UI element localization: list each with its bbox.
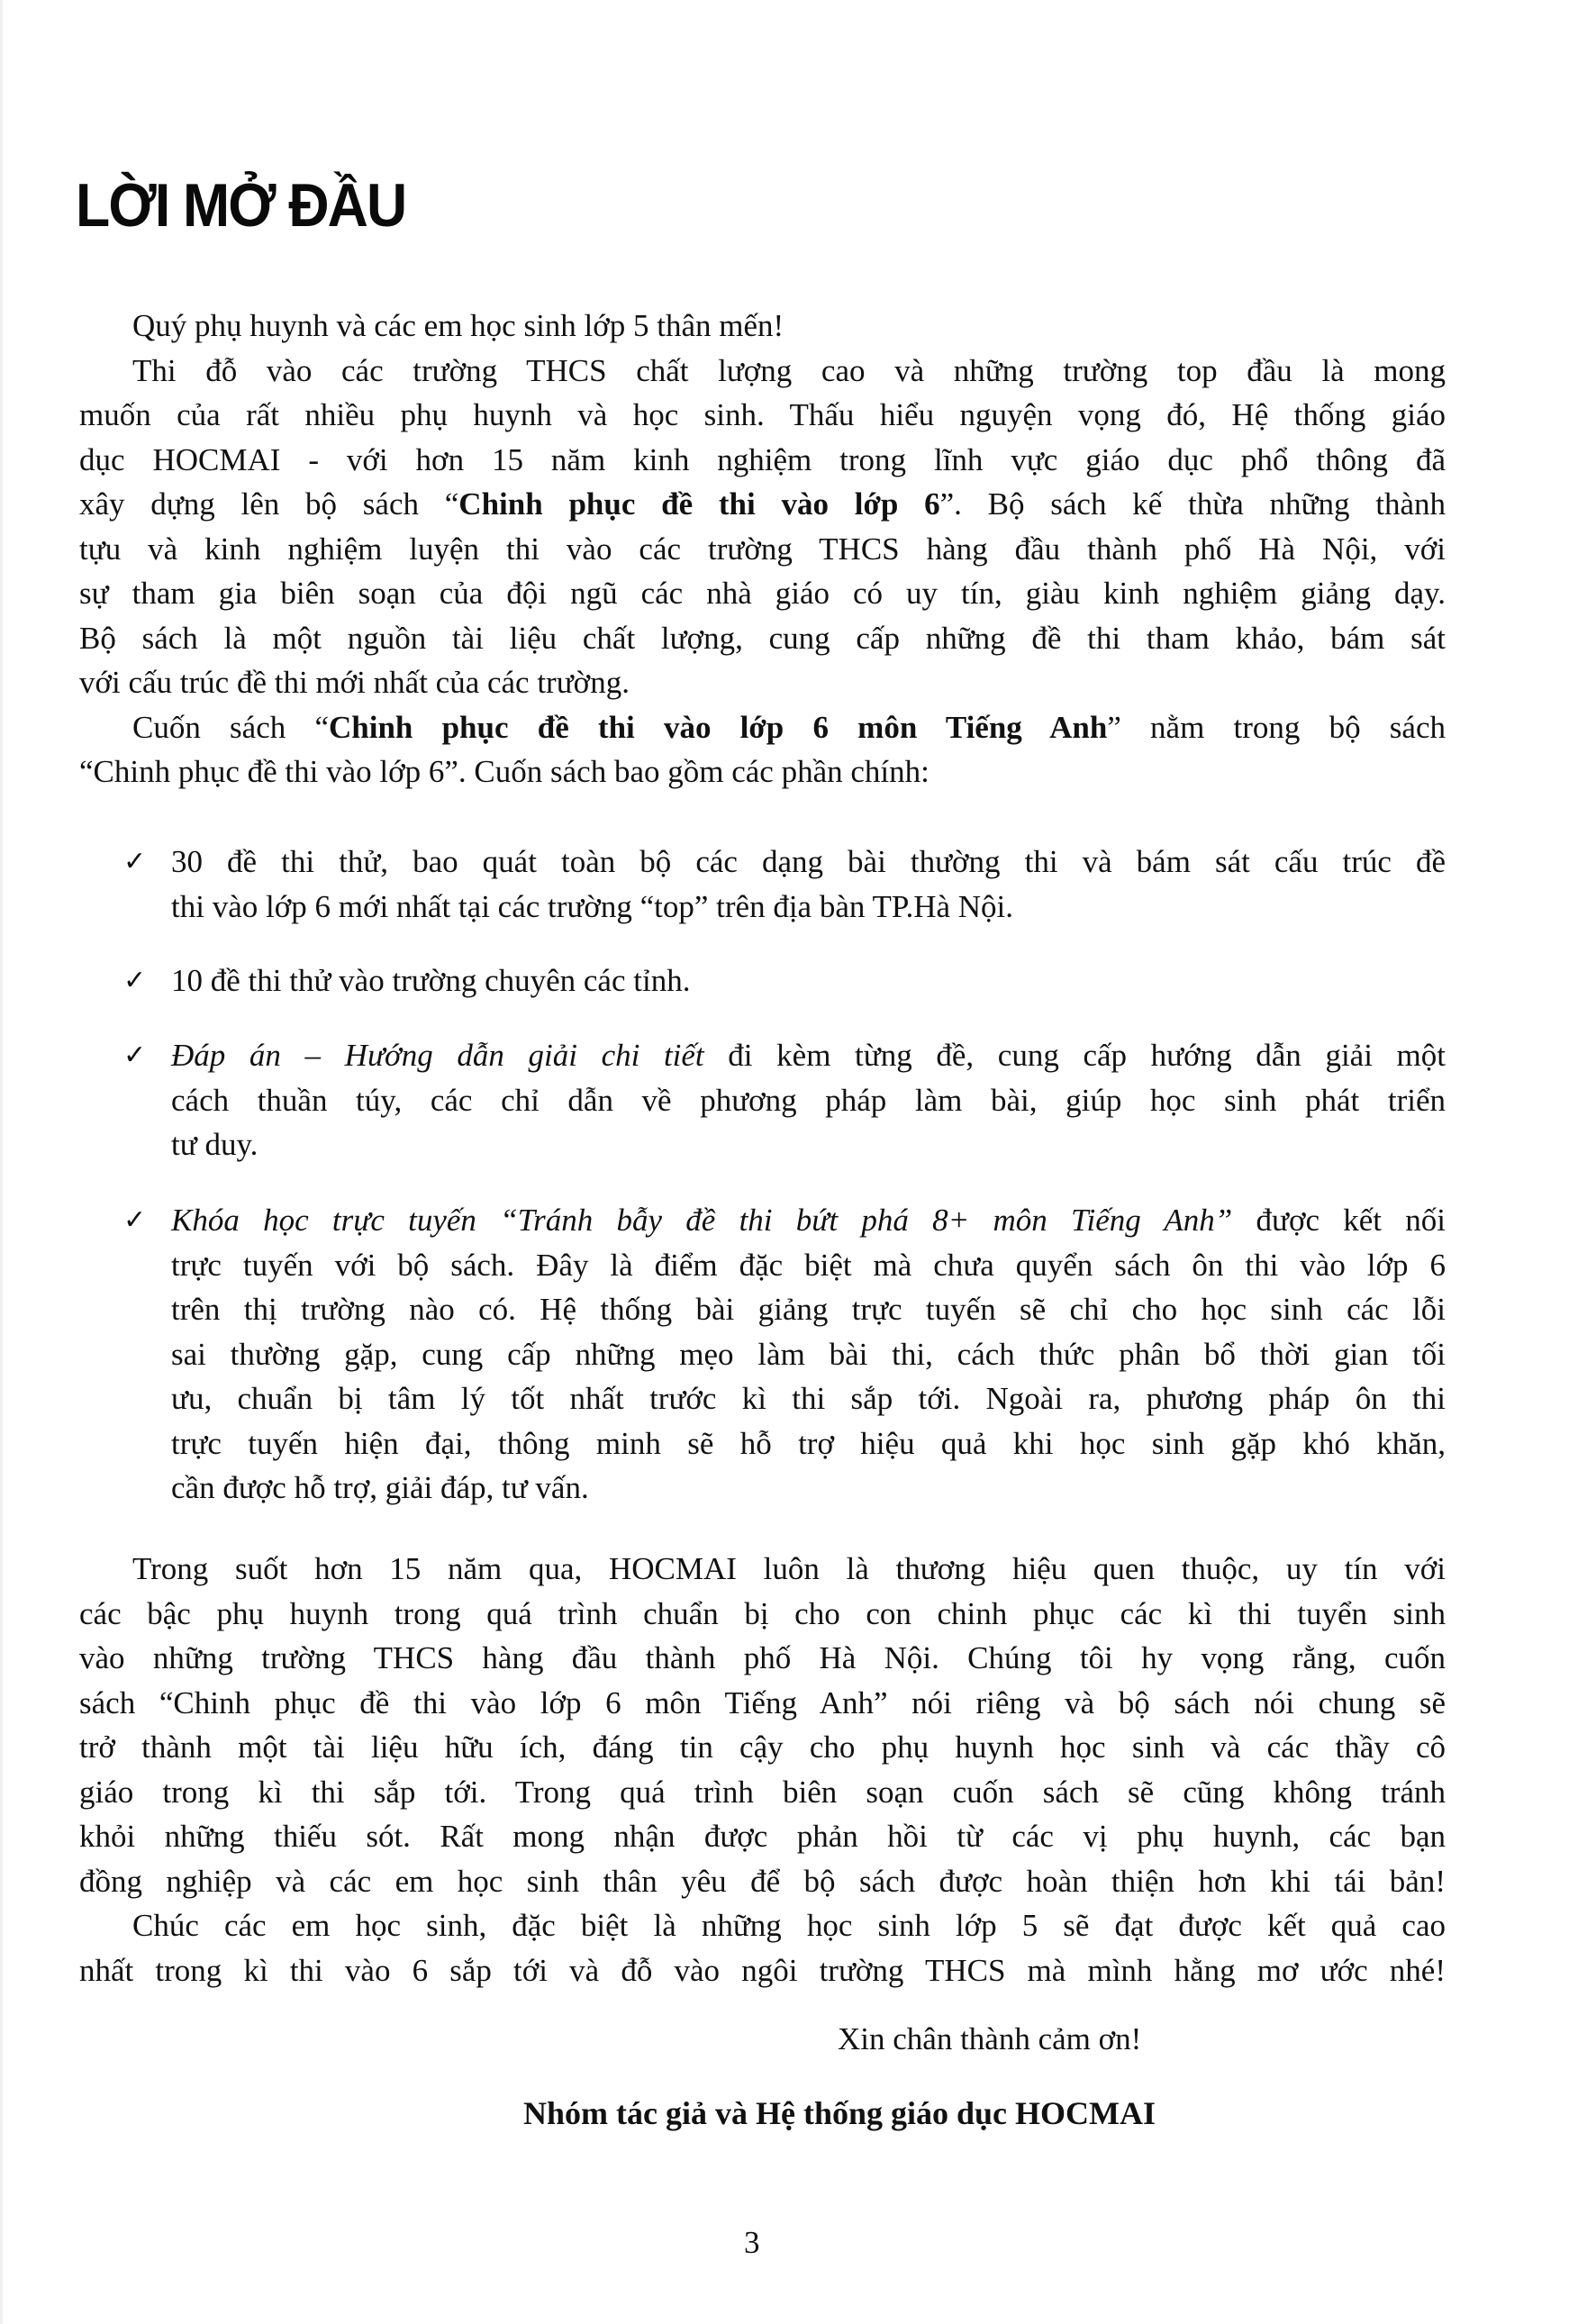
line-text: sự tham gia biên soạn của đội ngũ các nh… <box>79 576 1446 611</box>
line-text: đồng nghiệp và các em học sinh thân yêu … <box>79 1864 1446 1899</box>
line-text: tựu và kinh nghiệm luyện thi vào các trư… <box>79 531 1446 567</box>
text-line: Trong suốt hơn 15 năm qua, HOCMAI luôn l… <box>79 1547 1446 1592</box>
checkmark-icon: ✓ <box>123 1033 150 1078</box>
line-text: muốn của rất nhiều phụ huynh và học sinh… <box>79 397 1446 432</box>
text-line: sách “Chinh phục đề thi vào lớp 6 môn Ti… <box>79 1681 1446 1726</box>
line-text: khỏi những thiếu sót. Rất mong nhận được… <box>79 1819 1446 1854</box>
line-text: đi kèm từng đề, cung cấp hướng dẫn giải … <box>704 1038 1446 1073</box>
line-text: trực tuyến với bộ sách. Đây là điểm đặc … <box>171 1248 1446 1283</box>
text-line: cần được hỗ trợ, giải đáp, tư vấn. <box>171 1466 1446 1511</box>
line-text: nhất trong kì thi vào 6 sắp tới và đỗ và… <box>79 1953 1446 1988</box>
line-text: tư duy. <box>171 1127 258 1162</box>
line-text: vào những trường THCS hàng đầu thành phố… <box>79 1640 1446 1675</box>
line-text: Bộ sách là một nguồn tài liệu chất lượng… <box>79 621 1446 656</box>
list-item: ✓Đáp án – Hướng dẫn giải chi tiết đi kèm… <box>123 1033 1446 1167</box>
page-number: 3 <box>744 2220 760 2265</box>
document-page: LỜI MỞ ĐẦU Quý phụ huynh và các em học s… <box>0 0 1578 2324</box>
text-line: muốn của rất nhiều phụ huynh và học sinh… <box>79 393 1446 438</box>
line-text: cách thuần túy, các chỉ dẫn về phương ph… <box>171 1083 1446 1118</box>
text-line: các bậc phụ huynh trong quá trình chuẩn … <box>79 1592 1446 1637</box>
line-text: ” nằm trong bộ sách <box>1107 710 1446 745</box>
line-text: 10 đề thi thử vào trường chuyên các tỉnh… <box>171 963 690 998</box>
text-line: Quý phụ huynh và các em học sinh lớp 5 t… <box>79 304 1446 349</box>
signature: Nhóm tác giả và Hệ thống giáo dục HOCMAI <box>523 2092 1156 2137</box>
line-text: “Chinh phục đề thi vào lớp 6”. Cuốn sách… <box>79 754 930 789</box>
list-item: ✓30 đề thi thử, bao quát toàn bộ các dạn… <box>123 840 1446 929</box>
page-title: LỜI MỞ ĐẦU <box>76 169 405 241</box>
checkmark-icon: ✓ <box>123 840 150 885</box>
text-line: 10 đề thi thử vào trường chuyên các tỉnh… <box>171 958 1446 1003</box>
line-text: ”. Bộ sách kế thừa những thành <box>940 486 1446 522</box>
line-text: Cuốn sách “ <box>132 710 329 745</box>
text-line: trên thị trường nào có. Hệ thống bài giả… <box>171 1287 1446 1332</box>
text-line: xây dựng lên bộ sách “Chinh phục đề thi … <box>79 482 1446 527</box>
list-item: ✓10 đề thi thử vào trường chuyên các tỉn… <box>123 958 1446 1003</box>
text-line: trực tuyến hiện đại, thông minh sẽ hỗ tr… <box>171 1421 1446 1466</box>
line-text: ưu, chuẩn bị tâm lý tốt nhất trước kì th… <box>171 1381 1446 1416</box>
italic-text: Khóa học trực tuyến “Tránh bẫy đề thi bứ… <box>171 1203 1232 1238</box>
line-text: được kết nối <box>1232 1203 1446 1238</box>
bold-title-text: Chinh phục đề thi vào lớp 6 <box>458 486 939 522</box>
intro-paragraphs: Quý phụ huynh và các em học sinh lớp 5 t… <box>79 304 1446 794</box>
text-line: ưu, chuẩn bị tâm lý tốt nhất trước kì th… <box>171 1376 1446 1421</box>
line-text: dục HOCMAI - với hơn 15 năm kinh nghiệm … <box>79 442 1446 477</box>
line-text: trực tuyến hiện đại, thông minh sẽ hỗ tr… <box>171 1426 1446 1461</box>
text-line: “Chinh phục đề thi vào lớp 6”. Cuốn sách… <box>79 749 1446 794</box>
line-text: Quý phụ huynh và các em học sinh lớp 5 t… <box>132 308 784 343</box>
list-item-text: 30 đề thi thử, bao quát toàn bộ các dạng… <box>171 840 1446 929</box>
line-text: Chúc các em học sinh, đặc biệt là những … <box>132 1908 1446 1943</box>
bold-title-text: Chinh phục đề thi vào lớp 6 môn Tiếng An… <box>329 710 1107 745</box>
text-line: tựu và kinh nghiệm luyện thi vào các trư… <box>79 527 1446 572</box>
line-text: Thi đỗ vào các trường THCS chất lượng ca… <box>132 353 1446 388</box>
text-line: Bộ sách là một nguồn tài liệu chất lượng… <box>79 616 1446 661</box>
line-text: với cấu trúc đề thi mới nhất của các trư… <box>79 665 630 700</box>
line-text: sách “Chinh phục đề thi vào lớp 6 môn Ti… <box>79 1685 1446 1720</box>
text-line: 30 đề thi thử, bao quát toàn bộ các dạng… <box>171 840 1446 885</box>
text-line: giáo trong kì thi sắp tới. Trong quá trì… <box>79 1770 1446 1815</box>
text-line: dục HOCMAI - với hơn 15 năm kinh nghiệm … <box>79 438 1446 483</box>
text-line: sự tham gia biên soạn của đội ngũ các nh… <box>79 571 1446 616</box>
text-line: vào những trường THCS hàng đầu thành phố… <box>79 1636 1446 1681</box>
line-text: trở thành một tài liệu hữu ích, đáng tin… <box>79 1729 1446 1765</box>
line-text: giáo trong kì thi sắp tới. Trong quá trì… <box>79 1775 1446 1810</box>
text-line: đồng nghiệp và các em học sinh thân yêu … <box>79 1859 1446 1904</box>
line-text: 30 đề thi thử, bao quát toàn bộ các dạng… <box>171 844 1446 879</box>
line-text: các bậc phụ huynh trong quá trình chuẩn … <box>79 1596 1446 1631</box>
line-text: xây dựng lên bộ sách “ <box>79 486 458 522</box>
line-text: cần được hỗ trợ, giải đáp, tư vấn. <box>171 1470 589 1505</box>
text-line: Đáp án – Hướng dẫn giải chi tiết đi kèm … <box>171 1033 1446 1078</box>
line-text: Trong suốt hơn 15 năm qua, HOCMAI luôn l… <box>132 1551 1446 1586</box>
text-line: Thi đỗ vào các trường THCS chất lượng ca… <box>79 349 1446 394</box>
thanks-line: Xin chân thành cảm ơn! <box>838 2017 1141 2062</box>
text-line: cách thuần túy, các chỉ dẫn về phương ph… <box>171 1078 1446 1123</box>
line-text: thi vào lớp 6 mới nhất tại các trường “t… <box>171 889 1013 924</box>
text-line: thi vào lớp 6 mới nhất tại các trường “t… <box>171 885 1446 930</box>
text-line: khỏi những thiếu sót. Rất mong nhận được… <box>79 1814 1446 1859</box>
list-item-text: 10 đề thi thử vào trường chuyên các tỉnh… <box>171 958 1446 1003</box>
list-item: ✓Khóa học trực tuyến “Tránh bẫy đề thi b… <box>123 1198 1446 1511</box>
checkmark-icon: ✓ <box>123 958 150 1003</box>
closing-paragraphs: Trong suốt hơn 15 năm qua, HOCMAI luôn l… <box>79 1547 1446 1993</box>
text-line: trở thành một tài liệu hữu ích, đáng tin… <box>79 1725 1446 1770</box>
text-line: sai thường gặp, cung cấp những mẹo làm b… <box>171 1332 1446 1377</box>
text-line: Cuốn sách “Chinh phục đề thi vào lớp 6 m… <box>79 705 1446 750</box>
line-text: trên thị trường nào có. Hệ thống bài giả… <box>171 1292 1446 1327</box>
text-line: Khóa học trực tuyến “Tránh bẫy đề thi bứ… <box>171 1198 1446 1243</box>
text-line: tư duy. <box>171 1122 1446 1167</box>
line-text: sai thường gặp, cung cấp những mẹo làm b… <box>171 1337 1446 1372</box>
list-item-text: Đáp án – Hướng dẫn giải chi tiết đi kèm … <box>171 1033 1446 1167</box>
text-line: Chúc các em học sinh, đặc biệt là những … <box>79 1903 1446 1948</box>
list-item-text: Khóa học trực tuyến “Tránh bẫy đề thi bứ… <box>171 1198 1446 1511</box>
page-edge <box>0 0 3 2324</box>
italic-text: Đáp án – Hướng dẫn giải chi tiết <box>171 1038 704 1073</box>
checkmark-icon: ✓ <box>123 1198 150 1243</box>
text-line: trực tuyến với bộ sách. Đây là điểm đặc … <box>171 1243 1446 1288</box>
text-line: với cấu trúc đề thi mới nhất của các trư… <box>79 660 1446 705</box>
text-line: nhất trong kì thi vào 6 sắp tới và đỗ và… <box>79 1948 1446 1993</box>
